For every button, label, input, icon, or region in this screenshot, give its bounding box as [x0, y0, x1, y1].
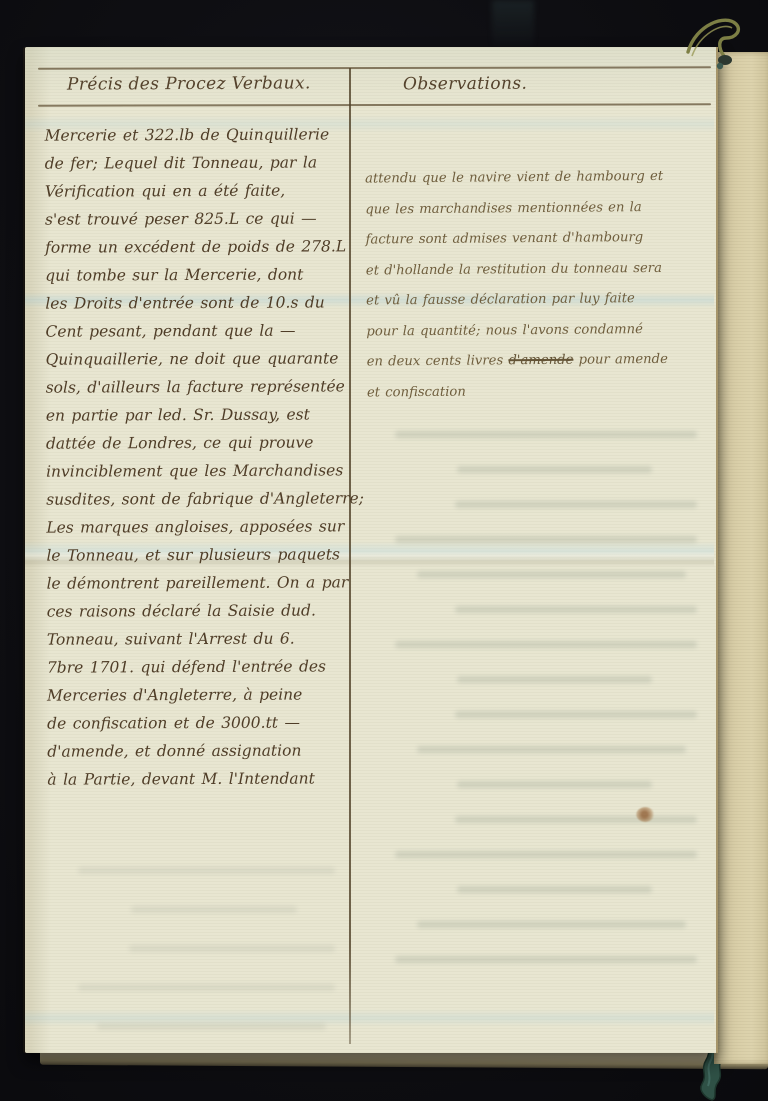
- ink-bleedthrough: [51, 835, 337, 1030]
- manuscript-line: et confiscation: [367, 375, 712, 409]
- ink-bleedthrough: [363, 403, 699, 963]
- manuscript-line: invinciblement que les Marchandises: [46, 456, 349, 485]
- struck-word: d'amende: [508, 353, 573, 369]
- manuscript-line: à la Partie, devant M. l'Intendant: [47, 764, 350, 793]
- manuscript-line: et d'hollande la restitution du tonneau …: [366, 253, 711, 287]
- header-rule-top: [38, 66, 711, 69]
- proces-verbaux-entry: Mercerie et 322.lb de Quinquillerie de f…: [45, 120, 351, 793]
- manuscript-line: sols, d'ailleurs la facture représentée: [46, 372, 349, 401]
- column-title-proces-verbaux: Précis des Procez Verbaux.: [67, 73, 311, 100]
- manuscript-page: Précis des Procez Verbaux. Observations.…: [25, 47, 718, 1053]
- manuscript-line: Mercerie et 322.lb de Quinquillerie: [45, 120, 348, 149]
- manuscript-line: dattée de Londres, ce qui prouve: [46, 428, 349, 457]
- ink-stain: [636, 807, 655, 822]
- manuscript-line: qui tombe sur la Mercerie, dont: [45, 260, 348, 289]
- manuscript-line: les Droits d'entrée sont de 10.s du: [45, 288, 348, 317]
- manuscript-line: d'amende, et donné assignation: [47, 736, 350, 765]
- manuscript-line: de fer; Lequel dit Tonneau, par la: [45, 148, 348, 177]
- manuscript-line: Tonneau, suivant l'Arrest du 6.: [47, 624, 350, 653]
- background-light-streak: [492, 0, 534, 52]
- manuscript-line: que les marchandises mentionnées en la: [365, 192, 710, 226]
- amount-text: en deux cents livres: [367, 353, 509, 369]
- manuscript-line: le démontrent pareillement. On a par: [46, 568, 349, 597]
- paper-sheen-band: [25, 1009, 714, 1027]
- manuscript-line: pour la quantité; nous l'avons condamné: [366, 314, 711, 348]
- manuscript-line: s'est trouvé peser 825.L ce qui —: [45, 204, 348, 233]
- column-title-observations: Observations.: [403, 74, 527, 101]
- manuscript-line: ces raisons déclaré la Saisie dud.: [47, 596, 350, 625]
- manuscript-line: facture sont admises venant d'hambourg: [365, 222, 710, 256]
- manuscript-line: le Tonneau, et sur plusieurs paquets: [46, 540, 349, 569]
- amount-text-after: pour amende: [573, 352, 668, 368]
- adjacent-page-edge: [714, 52, 768, 1064]
- manuscript-line: Cent pesant, pendant que la —: [45, 316, 348, 345]
- manuscript-line: de confiscation et de 3000.tt —: [47, 708, 350, 737]
- header-rule-bottom: [38, 103, 711, 106]
- manuscript-line: susdites, sont de fabrique d'Angleterre;: [46, 484, 349, 513]
- manuscript-line: forme un excédent de poids de 278.L: [45, 232, 348, 261]
- manuscript-line: 7bre 1701. qui défend l'entrée des: [47, 652, 350, 681]
- binding-thread-icon: [678, 8, 756, 74]
- observations-entry: attendu que le navire vient de hambourg …: [365, 161, 712, 408]
- manuscript-line: Vérification qui en a été faite,: [45, 176, 348, 205]
- manuscript-line: en partie par led. Sr. Dussay, est: [46, 400, 349, 429]
- manuscript-line: Quinquaillerie, ne doit que quarante: [46, 344, 349, 373]
- manuscript-line: Les marques angloises, apposées sur: [46, 512, 349, 541]
- manuscript-line-with-correction: en deux cents livres d'amende pour amend…: [367, 344, 712, 378]
- manuscript-line: et vû la fausse déclaration par luy fait…: [366, 283, 711, 317]
- manuscript-line: Merceries d'Angleterre, à peine: [47, 680, 350, 709]
- photograph-background: Précis des Procez Verbaux. Observations.…: [0, 0, 768, 1101]
- manuscript-line: attendu que le navire vient de hambourg …: [365, 161, 710, 195]
